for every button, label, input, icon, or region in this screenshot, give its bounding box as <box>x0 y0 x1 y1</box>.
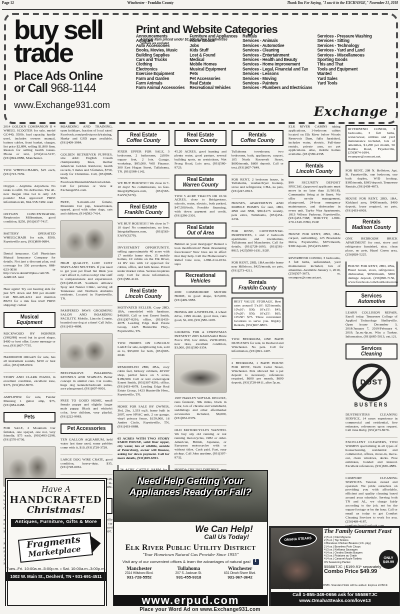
classified-ad: MOTIVATED SELLER. Cozy 2BD, 1BA, remodel… <box>118 306 170 334</box>
elk-district-name: Elk River Public Utility District <box>114 543 267 552</box>
section-header: RentalsLincoln County <box>289 161 341 177</box>
fragments-address-bar: 1002 W. Main St., Decherd, TN • 931-691-… <box>6 572 106 581</box>
no-symbol-icon: DUST <box>353 363 391 401</box>
omaha-fine-print: Limit 2 pkgs. Free gifts must ship with … <box>273 584 397 590</box>
section-header-line2: Coffee County <box>119 138 168 144</box>
classified-ad: BOARDING AND TRAINING, open holidays, fr… <box>61 125 113 145</box>
elk-town-name: Winchester <box>224 566 256 572</box>
page-number: Page 12 <box>2 1 14 6</box>
classified-ad: TWO 5 ACRE TRACTS OR 10.34 ACRES, close … <box>175 194 227 218</box>
elk-town-name: Manchester <box>125 566 153 572</box>
classified-ad: Tullahoma townhouse, two bedrooms, bath,… <box>232 150 284 170</box>
section-header: Pet Accessories <box>61 423 113 434</box>
section-header: Real EstateMoore County <box>175 130 227 146</box>
section-header-line2: Moore County <box>176 138 225 144</box>
classified-ad: TWO HOMES ON LINCOLN LAKE for sale, neig… <box>118 338 170 357</box>
omaha-steaks-ad: OMAHA STEAKS The Family Gourmet Feast 2 … <box>269 526 400 609</box>
category-item: Services - Plumbers and Electricians <box>243 86 313 91</box>
classified-ad: Dental insurance. Call Physicians Mutual… <box>4 248 56 279</box>
classified-ad: FOR RENT, 208 N. Bellview, Apt. B, Fayet… <box>346 166 398 189</box>
classified-ad: HOUSES, APARTMENTS AND MOBILE HOMES for … <box>232 198 284 221</box>
section-header: Real EstateCoffee County <box>118 130 170 146</box>
section-header-line2: Lincoln County <box>119 294 168 300</box>
classified-ad: INVESTMENT OPPORTUNITY, selling approxim… <box>118 242 170 281</box>
call-line: or Call 968-1144 <box>14 83 132 95</box>
motorcycle-photo <box>175 355 227 393</box>
section-header-line2: Franklin County <box>119 210 168 216</box>
classified-ad: TWO BEDROOM, ONE BATH DUPLEXES for rent,… <box>232 335 284 354</box>
classified-ad: GOLDEN RETRIEVER PUPPIES, sire AKC Engli… <box>61 149 113 192</box>
section-header: RentalsFranklin County <box>232 277 284 293</box>
fragments-marketplace-ad: Have A HANDCRAFTED Christmas! Antiques, … <box>5 478 107 608</box>
section-header-line1: Pet Accessories <box>62 426 111 432</box>
elk-offices: Manchester2314 Hillsboro Blvd.931-728-55… <box>114 566 267 592</box>
classified-ad: FOR RENT, CONTINENTAL PROPERTIES, 1 and … <box>232 226 284 253</box>
section-header: Pets <box>4 412 56 423</box>
omaha-offer-title: The Family Gourmet Feast <box>324 529 398 536</box>
fragments-arrow-sign: Fragments Marketplace <box>18 532 93 563</box>
section-header-line2: Cleaning <box>347 351 396 357</box>
region-label: Winchester - Franklin County <box>127 1 173 6</box>
category-columns: AnnouncementsAntiquesAuto AccessoriesBoo… <box>136 34 392 90</box>
fragments-christmas-label: Christmas! <box>6 506 106 516</box>
classified-ad: HONDA 400 4-WHEELER, 4 wheel drive, 1999… <box>175 307 227 322</box>
category-columns-box: AnnouncementsAntiquesAuto AccessoriesBoo… <box>136 34 392 116</box>
elk-town-phone: 931-728-5552 <box>125 575 153 580</box>
category-item: Farm Animal Accessories <box>136 86 185 91</box>
page-header: Page 12 Winchester - Franklin County Tha… <box>2 1 398 9</box>
elk-town: Manchester2314 Hillsboro Blvd.931-728-55… <box>125 566 153 580</box>
fragments-have-label: Have A <box>6 485 106 494</box>
elk-visit-line: Visit any of our convenient offices & le… <box>114 559 267 565</box>
elk-we-can-help: We Can Help! <box>114 524 267 534</box>
classified-ad: FREE, 9-month-old female, Mountain Cur p… <box>61 197 113 216</box>
classified-column-content: ELK RIVER CABINS taking applications, 1-… <box>288 125 341 280</box>
omaha-combo-price: Combo Price $49.99 <box>324 569 398 575</box>
or-call-label: or Call <box>14 83 51 95</box>
section-header-line2: Lincoln County <box>290 169 339 175</box>
classified-ad: FOR RENT, 2 bedroom house, in Tullahoma,… <box>232 174 284 193</box>
classified-ad: COMFORT CLEANING SERVICES. Veteran owned… <box>346 473 398 528</box>
category-column: Furniture and AppliancesHome GoodsJobsKi… <box>190 34 238 90</box>
section-header-line2: Vehicles <box>176 279 225 285</box>
elk-town-address: 2314 Hillsboro Blvd. <box>125 571 153 575</box>
classified-ad: DUSTBUSTERS CLEANING SERVICE, 14 years e… <box>346 413 398 433</box>
section-header: ServicesCleaning <box>346 343 398 359</box>
elk-river-utility-ad: Need Help Getting Your Appliances Ready … <box>113 470 268 609</box>
place-ads-label: Place Ads Online <box>14 71 132 83</box>
exchange-logo: Exchange <box>314 105 388 120</box>
categories-block: Print and Website Categories A single it… <box>136 20 390 120</box>
classified-ad: 2014 GOLDEN COMPANION II 4 WHEEL SCOOTER… <box>4 125 56 161</box>
category-column: Services - Pressure WashingServices - Si… <box>317 34 372 90</box>
classified-ad: Behind on your mortgage? Denied a loan m… <box>175 242 227 266</box>
classified-ad: BEST VALUE STORAGE. Best rates around! 5… <box>232 297 284 330</box>
classified-ad: ROCKWOOD BY HOHNER (1982/88) wood but in… <box>4 332 56 348</box>
classified-ad: FREE TO GOOD HOME, small female puppy an… <box>61 396 113 419</box>
category-item: Yard Tools <box>317 81 372 86</box>
classified-column-content: RIVERBEND CONDO, 3 bedrooms, 3 full bath… <box>345 125 398 528</box>
classified-ad: TWO WHEELCHAIRS, $25 each, (931)723-7659… <box>4 165 56 176</box>
elk-town-name: Tullahoma <box>175 566 202 572</box>
classified-ad: FOR RENT, 2BD, 1BA mobile home near Hill… <box>232 258 284 273</box>
omaha-price-roundel: ONLY $49.99 <box>379 550 398 569</box>
classified-ad: STORY AND CLARK PIANO, in excellent cond… <box>4 372 56 387</box>
omaha-call-bar: Call 1-855-349-0656 ask for 55586TJC www… <box>271 592 399 607</box>
elk-towns: Manchester2314 Hillsboro Blvd.931-728-55… <box>114 566 267 580</box>
section-header: ServicesAutomotive <box>346 291 398 307</box>
section-header: Real EstateWarren County <box>175 174 227 190</box>
classified-ad: OLD MOTORCYCLES WANTED. We buy any old r… <box>175 425 227 460</box>
section-header: Real EstateOut of Area <box>175 222 227 238</box>
classified-ad: WE BUY HOUSES!!! We close in 7-10 days! … <box>118 178 170 197</box>
section-header: RentalsMadison County <box>346 217 398 233</box>
section-header-line2: Automotive <box>347 299 396 305</box>
classified-ad: OXYGEN CONCENTRATOR, Respironics Millenn… <box>4 209 56 224</box>
section-header-line2: Equipment <box>5 320 54 326</box>
section-header: MusicalEquipment <box>4 312 56 328</box>
classified-ad: REMODELED 2BD, 2BA, cozy cabin feel, hic… <box>118 362 170 397</box>
classified-ad: 1997 HARLEY SOFTAIL DELUXE, runs fantast… <box>175 397 227 421</box>
classified-ad: RIVERBEND CONDO, 3 bedrooms, 3 full bath… <box>289 253 341 280</box>
classified-ad: 2 BEDROOM, 1 BATH HOUSE FOR RENT, North … <box>232 358 284 385</box>
section-header-line2: Franklin County <box>233 285 282 291</box>
elk-town: Tullahoma207 S. Jackson St.931-455-9318 <box>175 566 202 580</box>
classified-ad: AMPLIFIER for sale, Fender Mustang 1 gui… <box>4 392 56 407</box>
classified-ad: HOME FOR SALE BY OWNER, 3bd, 2ba, 1,333 … <box>118 402 170 429</box>
classified-ad: RIVERBEND CONDO, 3 bedrooms, 3 full bath… <box>346 125 398 162</box>
classified-ad: ONE BEDROOM BRICK APARTMENT for rent, st… <box>346 237 398 257</box>
elk-headline-line2: Appliances Ready for Fall? <box>114 488 267 499</box>
elk-town-address: 631 Dinah Shore Blvd. <box>224 571 256 575</box>
classified-ad: $99 SECURITY DEPOSIT SPECIAL (approved a… <box>289 181 341 224</box>
section-header: Real EstateFranklin County <box>118 202 170 218</box>
section-header-line2: Out of Area <box>176 230 225 236</box>
website-url: www.Exchange931.com <box>14 100 132 111</box>
omaha-call-number: Call 1-855-349-0656 ask for 55586TJC <box>271 592 399 599</box>
section-header-line2: Warren County <box>176 182 225 188</box>
buy-sell-trade-block: buy sell trade Place Ads Online or Call … <box>14 19 132 111</box>
elk-visit-text: Visit any of our convenient offices & le… <box>122 559 250 564</box>
header-rule <box>2 9 398 10</box>
classified-column-content: BOARDING AND TRAINING, open holidays, fr… <box>60 125 113 534</box>
fragments-tagline-bar: Antiques, Furniture, Gifts & More <box>11 519 101 527</box>
elk-town-phone: 931-455-9318 <box>175 575 202 580</box>
omaha-steaks-badge: OMAHA STEAKS <box>279 531 318 549</box>
phone-number: 968-1144 <box>51 83 96 95</box>
classified-ad: 65 ACRES WITH TWO STORY FARM HOUSE, soli… <box>118 433 170 460</box>
elk-town: Winchester631 Dinah Shore Blvd.931-967-3… <box>224 566 256 580</box>
omaha-food-photo: OMAHA STEAKS <box>271 528 323 589</box>
boarding-kennel-dogs-photo <box>61 333 113 367</box>
classified-ad: ELK RIVER CABINS taking applications, 1-… <box>289 125 341 157</box>
classified-ad: Oxygen - Anytime. Anywhere. No tanks to … <box>4 181 56 204</box>
elk-town-address: 207 S. Jackson St. <box>175 571 202 575</box>
classified-ad: LARGE DOG WIRE CRATE, good condition, he… <box>61 454 113 469</box>
elk-tagline: "Your Hometown Natural Gas Provider Sinc… <box>114 552 267 558</box>
busters-label: BUSTERS <box>349 402 395 408</box>
classified-ad: PAMPERED PAWS GROOMING SALON AND BOARDIN… <box>61 306 113 329</box>
classified-ad: 2000 COMMODORE MOTOR HOME, in good shape… <box>175 291 227 303</box>
classified-ad: Hear again! Try our hearing aids for jus… <box>4 284 56 307</box>
section-header: Real EstateLincoln County <box>118 286 170 302</box>
classified-ad: BATTERY OPERATED WHEELCHAIR for sale, $5… <box>4 229 56 244</box>
classified-ad: HAMMOND ORGAN for sale, has all instrume… <box>4 352 56 367</box>
classified-column-content: RentalsCoffee CountyTullahoma townhouse,… <box>231 130 284 385</box>
dust-label: DUST <box>360 378 382 387</box>
classified-ad: LEARN COLLISION REPAIR. Enroll today. Te… <box>346 311 398 339</box>
omaha-website: www.OmahaSteaks.com/love13 <box>271 599 399 605</box>
classified-ad: HOUSE FOR RENT, 2BD, 2BA, Hazel Green, s… <box>346 261 398 286</box>
classified-ad: HIGH QUALITY, LOW COST SPAYS AND NEUTERS… <box>61 262 113 302</box>
dust-busters-logo: DUSTBUSTERS <box>349 363 395 408</box>
classified-ad: WE BUY HOUSES!!! We close in 7-10 days! … <box>118 222 170 238</box>
section-header-line2: Coffee County <box>233 138 282 144</box>
elk-town-phone: 931-967-3642 <box>224 575 256 580</box>
category-item: Recreational Vehicles <box>190 86 238 91</box>
bottom-promo-line: Place your Word Ad on www.Exchange931.co… <box>0 606 400 614</box>
section-header-line2: Madison County <box>347 225 396 231</box>
elk-leaves-photo: Need Help Getting Your Appliances Ready … <box>114 471 267 522</box>
classified-ad: FOR SALE, 2 Mountain Cur females, one sp… <box>4 426 56 442</box>
classified-ad: HOUSE FOR RENT, 2BD, 1BA, Kirkland area,… <box>346 193 398 212</box>
elk-call-today: Call Us Today! <box>114 534 267 541</box>
category-column: RentalsServices - AnimalsServices - Auto… <box>243 34 313 90</box>
puppy-and-kitten-photo <box>61 221 113 258</box>
masthead-banner: buy sell trade Place Ads Online or Call … <box>4 13 398 124</box>
classified-column-content: Real EstateCoffee CountyFIXER UPPER FOR … <box>117 130 170 490</box>
slogan: Thank You For Saying, "I saw it in the E… <box>287 1 398 6</box>
classified-ad: HOUSE FOR RENT, 2BD, 1BA, carport, outbu… <box>289 229 341 248</box>
classified-ad: EXCELLENT CLEANERS, TWO WOMEN specializi… <box>346 437 398 468</box>
classified-ad: FIXER UPPER FOR SALE, 3 bedrooms, 2 bath… <box>118 150 170 174</box>
fragments-hours: Tues.-Fri. 10:00a.m.-5:00p.m. • Sat. 10:… <box>6 566 106 571</box>
category-column: AnnouncementsAntiquesAuto AccessoriesBoo… <box>136 34 185 90</box>
classified-ad: 45.20 ACRES, good hunting and plenty wat… <box>175 150 227 170</box>
classified-ad: BEECHGROVE BOARDING KENNELS AND STABLES.… <box>61 371 113 391</box>
classified-ad: LOOKING FOR A CHRISTMAS PRESENT? 2005 KA… <box>175 327 227 350</box>
banner-big-line2: trade <box>14 42 132 65</box>
section-header: RentalsCoffee County <box>232 130 284 146</box>
section-header: RecreationalVehicles <box>175 271 227 287</box>
facebook-icon: f <box>253 559 259 565</box>
elk-headline-line1: Need Help Getting Your <box>114 477 267 488</box>
classified-ad: TEN GALLON AQUARIUM, held water last tim… <box>61 438 113 450</box>
section-header-line1: Pets <box>5 414 54 420</box>
classified-column-content: Real EstateMoore County45.20 ACRES, good… <box>174 130 227 500</box>
